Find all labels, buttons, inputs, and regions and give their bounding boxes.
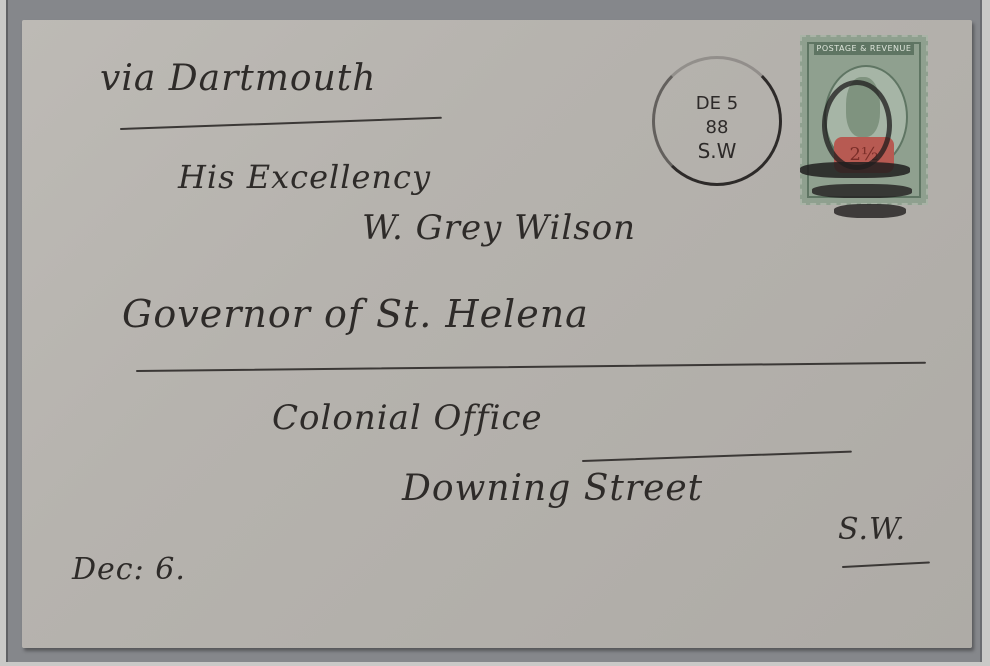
stamp-title: POSTAGE & REVENUE: [814, 43, 914, 55]
address-line-name: W. Grey Wilson: [362, 208, 636, 248]
cancellation-bar: [800, 162, 910, 178]
postmark-district: S.W: [655, 139, 779, 163]
cancellation-bar: [834, 204, 906, 218]
postmark-date: DE 5: [655, 93, 779, 114]
postmark-month: DE: [696, 93, 721, 114]
address-line-street: Downing Street: [402, 468, 703, 509]
address-line-title: His Excellency: [178, 158, 431, 196]
address-line-position: Governor of St. Helena: [122, 292, 589, 336]
date-note: Dec: 6.: [72, 552, 186, 587]
address-line-district: S.W.: [838, 512, 906, 547]
postmark-year: 88: [655, 117, 779, 138]
routing-underline: [120, 117, 442, 130]
routing-instruction: via Dartmouth: [100, 58, 376, 99]
cancellation-oval: [822, 80, 892, 170]
street-underline: [582, 451, 852, 462]
envelope: via Dartmouth His Excellency W. Grey Wil…: [22, 20, 972, 648]
district-underline: [842, 561, 930, 568]
address-line-office: Colonial Office: [272, 398, 543, 438]
postmark-circle: DE 5 88 S.W: [652, 56, 782, 186]
address-underline: [136, 362, 926, 372]
cancellation-bar: [812, 184, 912, 198]
postmark-day: 5: [727, 93, 738, 114]
